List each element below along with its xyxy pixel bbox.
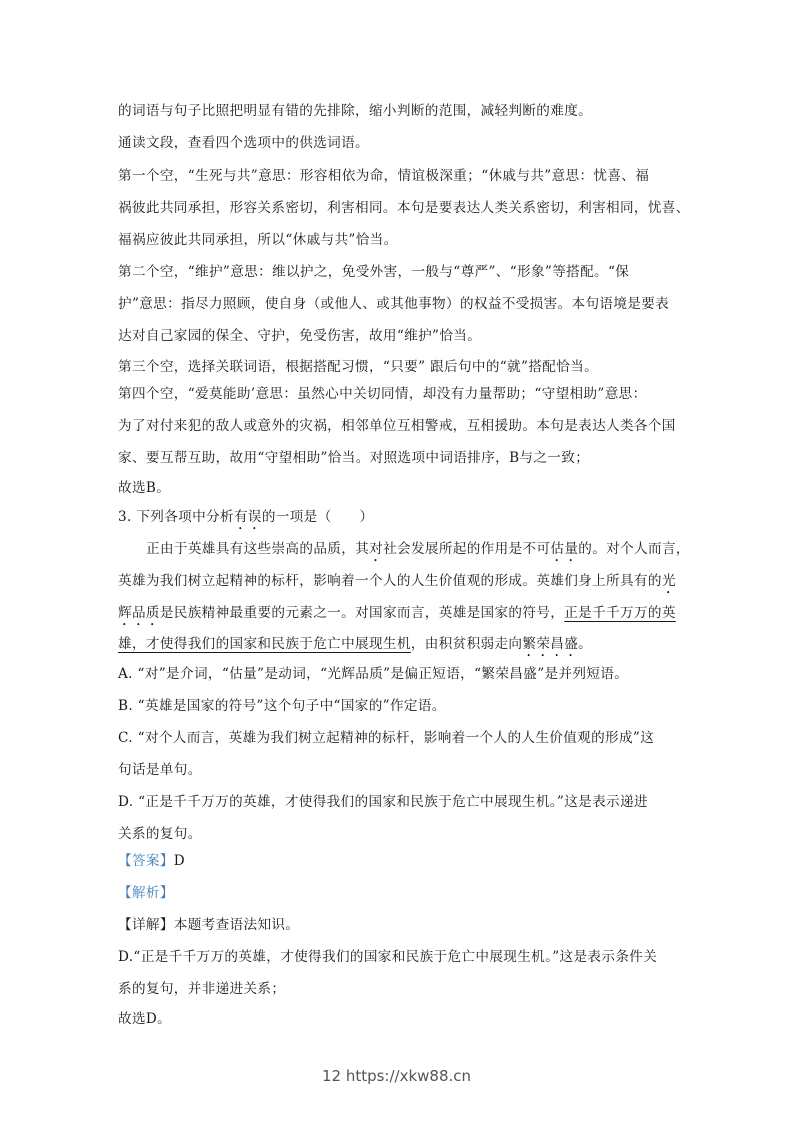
text-line: 第一个空，“生死与共”意思：形容相依为命，情谊极深重；“休戚与共”意思：忧喜、福 — [118, 166, 688, 186]
emphasized-word: 光 — [662, 573, 676, 589]
answer-line: 【答案】D — [118, 851, 688, 871]
passage-text: 。 — [578, 636, 592, 652]
text-line: 第三个空，选择关联词语，根据搭配习惯，“只要” 跟后句中的“就”搭配恰当。 — [118, 357, 688, 377]
option-c-cont: 句话是单句。 — [118, 760, 688, 780]
text-line: 故选B。 — [118, 478, 688, 498]
analysis-line: 【解析】 — [118, 883, 688, 903]
explain-line: D.“正是千千万万的英雄，才使得我们的国家和民族于危亡中展现生机。”这是表示条件… — [118, 947, 688, 967]
detail-line: 【详解】本题考查语法知识。 — [118, 915, 688, 935]
text-line: 第四个空，“爱莫能助’意思：虽然心中关切同情，却没有力量帮助；“守望相助”意思： — [118, 384, 688, 404]
detail-text: 本题考查语法知识。 — [174, 917, 300, 933]
option-a: A. “对”是介词，“估量”是动词，“光辉品质”是偏正短语，“繁荣昌盛”是并列短… — [118, 664, 688, 684]
explain-line: 故选D。 — [118, 1009, 688, 1029]
stem-text: 的一项是（ ） — [262, 509, 374, 525]
passage-line: 英雄为我们树立起精神的标杆，影响着一个人的人生价值观的形成。英雄们身上所具有的光 — [118, 571, 688, 597]
analysis-tag: 【解析】 — [118, 885, 174, 901]
passage-line: 正由于英雄具有这些崇高的品质，其对社会发展所起的作用是不可估量的。对个人而言， — [118, 539, 716, 565]
text-line: 通读文段，查看四个选项中的供选词语。 — [118, 133, 688, 153]
passage-text: 正由于英雄具有这些崇高的品质，其 — [146, 541, 369, 557]
option-d-cont: 关系的复句。 — [118, 824, 688, 844]
passage-line: 雄，才使得我们的国家和民族于危亡中展现生机，由积贫积弱走向繁荣昌盛。 — [118, 634, 688, 660]
answer-tag: 【答案】 — [118, 853, 174, 869]
stem-emphasis: 有误 — [234, 509, 262, 525]
page-footer: 12 https://xkw88.cn — [0, 1067, 793, 1085]
passage-text: 是民族精神最重要的元素之一。对国家而言，英雄是国家的符号， — [160, 605, 564, 621]
stem-text: 3. 下列各项中分析 — [118, 509, 234, 525]
text-line: 家、要互帮互助，故用“守望相助”恰当。对照选项中词语排序，B与之一致； — [118, 448, 688, 468]
option-c: C. “对个人而言，英雄为我们树立起精神的标杆，影响着一个人的人生价值观的形成”… — [118, 728, 688, 748]
question-stem: 3. 下列各项中分析有误的一项是（ ） — [118, 507, 688, 533]
text-line: 的词语与句子比照把明显有错的先排除，缩小判断的范围，减轻判断的难度。 — [118, 101, 688, 121]
text-line: 护”意思：指尽力照顾，使自身（或他人、或其他事物）的权益不受损害。本句语境是要表 — [118, 294, 688, 314]
passage-text: 的。对个人而言， — [578, 541, 690, 557]
text-line: 为了对付来犯的敌人或意外的灾祸，相邻单位互相警戒，互相援助。本句是表达人类各个国 — [118, 416, 688, 436]
passage-text: ，由积贫积弱走向 — [411, 636, 523, 652]
underlined-text: 正是千千万万的英 — [564, 605, 676, 621]
emphasized-word: 繁荣昌盛 — [522, 636, 578, 652]
passage-text: 英雄为我们树立起精神的标杆，影响着一个人的人生价值观的形成。英雄们身上所具有的 — [118, 573, 662, 589]
document-page: 的词语与句子比照把明显有错的先排除，缩小判断的范围，减轻判断的难度。 通读文段，… — [0, 0, 793, 1122]
explain-line: 系的复句，并非递进关系； — [118, 979, 688, 999]
text-line: 福祸应彼此共同承担，所以“休戚与共”恰当。 — [118, 230, 688, 250]
passage-line: 辉品质是民族精神最重要的元素之一。对国家而言，英雄是国家的符号，正是千千万万的英 — [118, 603, 688, 629]
underlined-text: 雄，才使得我们的国家和民族于危亡中展现生机 — [118, 636, 411, 652]
option-b: B. “英雄是国家的符号”这个句子中“国家的”作定语。 — [118, 696, 688, 716]
text-line: 达对自己家园的保全、守护，免受伤害，故用“维护”恰当。 — [118, 326, 688, 346]
emphasized-word: 估量 — [550, 541, 578, 557]
emphasized-word: 辉品质 — [118, 605, 160, 621]
detail-label: 【详解】 — [118, 917, 174, 933]
emphasized-word: 对 — [369, 541, 383, 557]
text-line: 第二个空，“维护”意思：维以护之，免受外害，一般与“尊严”、“形象”等搭配。“保 — [118, 262, 688, 282]
passage-text: 社会发展所起的作用是不可 — [383, 541, 550, 557]
option-d: D. “正是千千万万的英雄，才使得我们的国家和民族于危亡中展现生机。”这是表示递… — [118, 792, 688, 812]
text-line: 祸彼此共同承担，形容关系密切，利害相同。本句是要表达人类关系密切，利害相同，忧喜… — [118, 198, 688, 218]
answer-value: D — [174, 853, 185, 869]
